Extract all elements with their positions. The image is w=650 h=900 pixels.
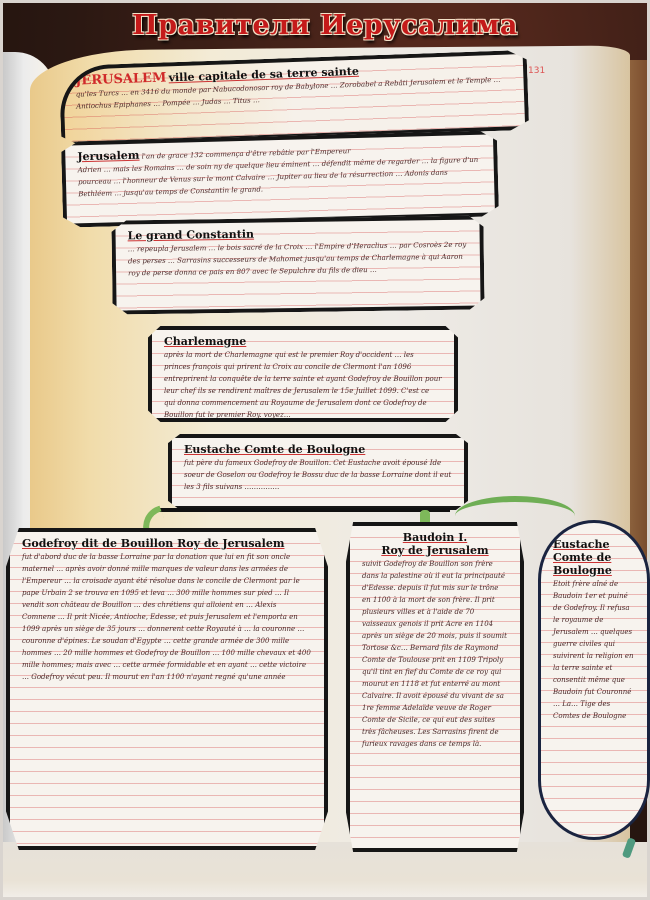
box-heading: Godefroy dit de Bouillon Roy de Jerusale…	[22, 538, 312, 551]
box-text: suivit Godefroy de Bouillon son frère da…	[362, 558, 508, 750]
box-text: Etoit frère aîné de Baudoin 1er et puiné…	[553, 578, 635, 722]
box-eustache-comte: Eustache Comte de Boulogne fut père du f…	[168, 434, 468, 510]
box-heading: Eustache Comte de Boulogne	[184, 444, 452, 457]
box-jerusalem-132: Jerusalem l'an de grace 132 commença d'ê…	[61, 130, 499, 227]
box-constantin: Le grand Constantin … repeupla Jerusalem…	[111, 215, 484, 314]
box-heading: Charlemagne	[164, 336, 442, 349]
heading-godefroy: Godefroy dit de Bouillon Roy de Jerusale…	[22, 537, 285, 550]
page-title: Правители Иерусалима	[0, 10, 650, 41]
box-text: fut d'abord duc de la basse Lorraine par…	[22, 551, 312, 683]
box-heading: Eustache Comte de Boulogne	[553, 529, 635, 578]
family-tree-connector	[155, 508, 450, 512]
heading-charlemagne: Charlemagne	[164, 335, 246, 348]
box-godefroy: Godefroy dit de Bouillon Roy de Jerusale…	[6, 528, 328, 850]
heading-jerusalem: Jerusalem	[77, 149, 139, 164]
box-text: … repeupla Jerusalem … le bois sacré de …	[128, 239, 468, 280]
heading-constantin: Le grand Constantin	[127, 228, 254, 243]
box-text: fut père du fameux Godefroy de Bouillon.…	[184, 457, 452, 493]
box-text: après la mort de Charlemagne qui est le …	[164, 349, 442, 421]
heading-eustache-iii: Eustache Comte de Boulogne	[553, 538, 612, 577]
heading-baudoin: Baudoin I.	[403, 531, 467, 544]
box-charlemagne: Charlemagne après la mort de Charlemagne…	[148, 326, 458, 422]
heading-eustache: Eustache Comte de Boulogne	[184, 443, 365, 456]
box-eustache-iii: Eustache Comte de Boulogne Etoit frère a…	[538, 520, 650, 840]
box-baudoin: Baudoin I. Roy de Jerusalem suivit Godef…	[346, 522, 524, 852]
page-number: 131	[528, 66, 545, 76]
page-bottom	[3, 842, 647, 897]
box-heading: Baudoin I. Roy de Jerusalem	[362, 532, 508, 558]
heading-baudoin-sub: Roy de Jerusalem	[381, 544, 488, 557]
